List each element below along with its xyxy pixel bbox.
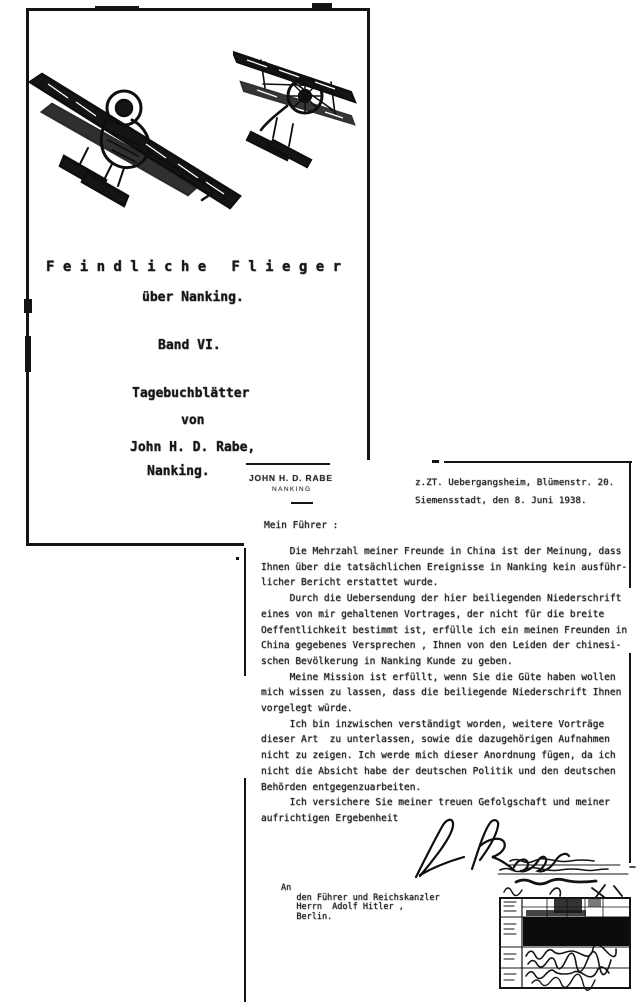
biplane-sketch-icon: [233, 34, 361, 169]
diary-author: John H. D. Rabe,: [130, 440, 255, 455]
title-page-border-right: [367, 8, 370, 462]
letter-sheet: [244, 460, 633, 1002]
diary-place: Nanking.: [147, 464, 210, 479]
scan-artifact: [432, 460, 439, 463]
seaplane-sketch-icon: [28, 68, 243, 218]
diary-work-title: Tagebuchblätter: [132, 386, 249, 401]
diary-title: F e i n d l i c h e F l i e g e r: [46, 259, 341, 275]
diary-subtitle: über Nanking.: [142, 290, 244, 305]
scanned-document: F e i n d l i c h e F l i e g e r über N…: [0, 0, 640, 1002]
scan-artifact: [312, 3, 332, 9]
scan-artifact: [236, 557, 239, 560]
scan-artifact: [95, 6, 139, 11]
diary-byline: von: [181, 413, 204, 428]
scan-artifact: [24, 299, 32, 313]
diary-volume: Band VI.: [158, 338, 221, 353]
scan-artifact: [25, 336, 31, 372]
